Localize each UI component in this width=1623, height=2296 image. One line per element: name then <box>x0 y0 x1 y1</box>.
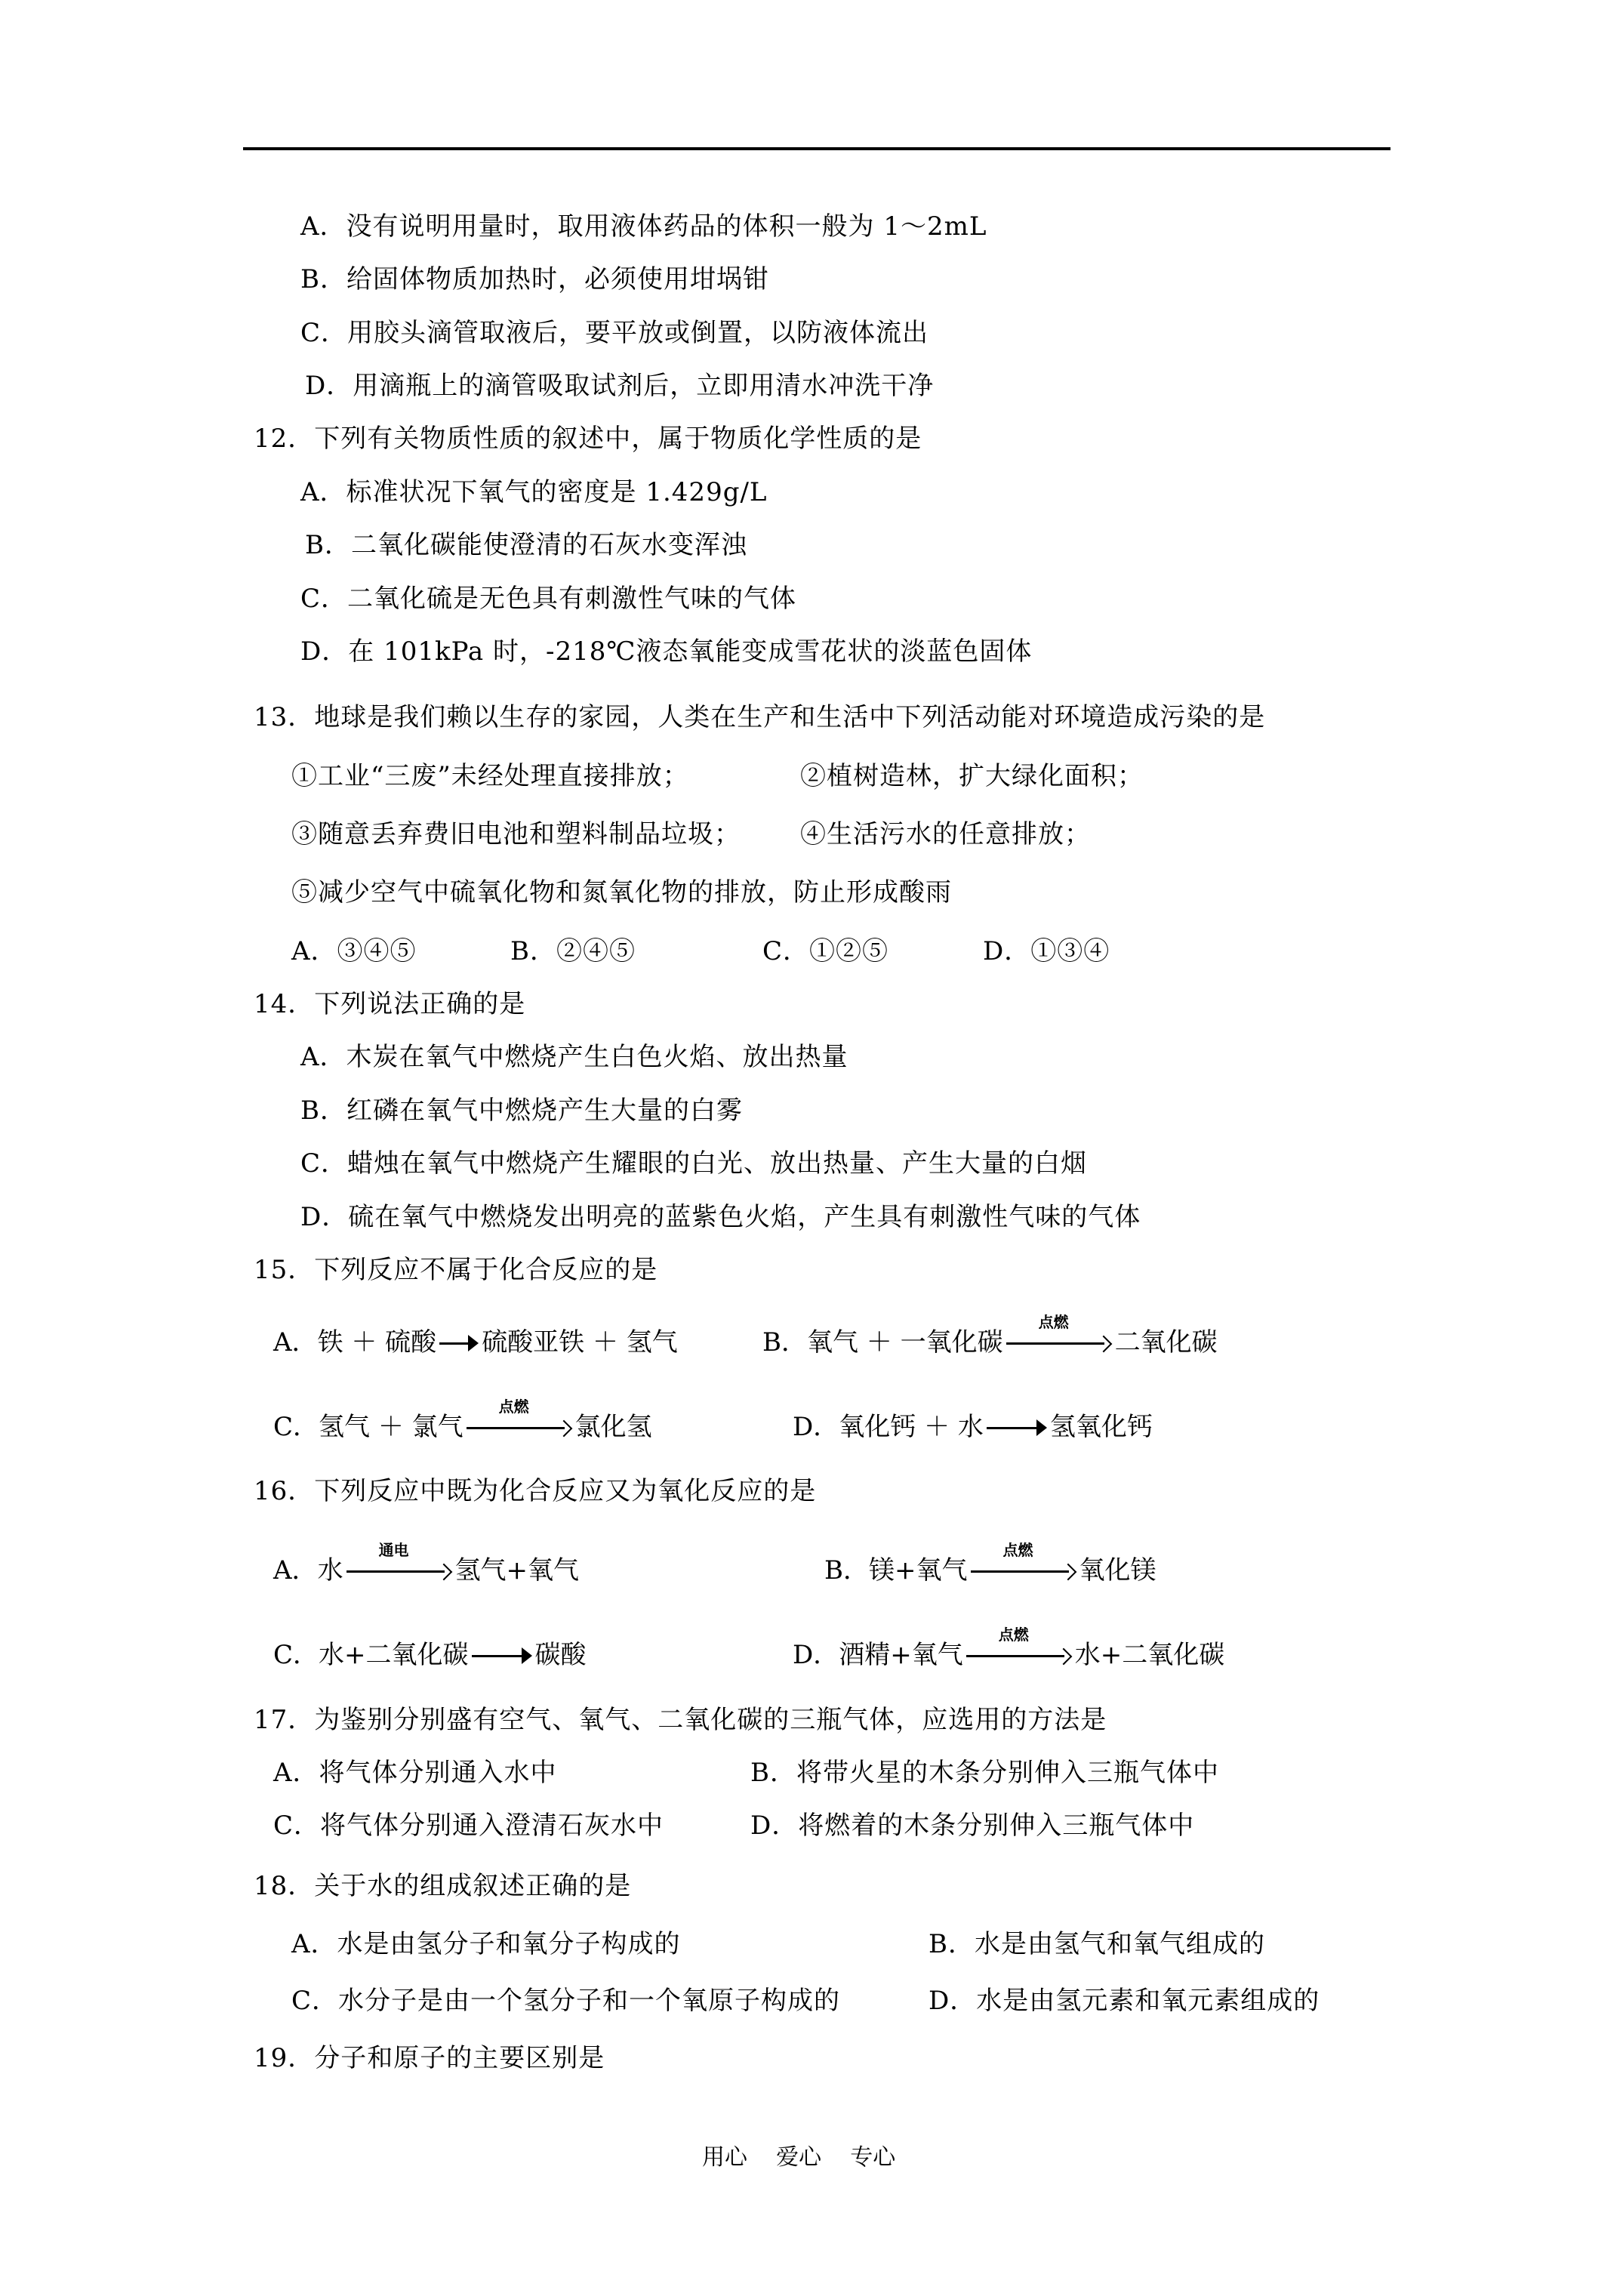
products: 二氧化碳 <box>1115 1327 1218 1358</box>
q17-option-a: A．将气体分别通入水中 <box>273 1758 557 1788</box>
products: 水+二氧化碳 <box>1075 1640 1225 1670</box>
q17-option-c: C．将气体分别通入澄清石灰水中 <box>273 1811 664 1841</box>
products: 硫酸亚铁 ＋ 氢气 <box>482 1327 678 1358</box>
q13-item-5: ⑤减少空气中硫氧化物和氮氧化物的排放，防止形成酸雨 <box>291 877 952 908</box>
q17-option-d: D．将燃着的木条分别伸入三瓶气体中 <box>750 1811 1194 1841</box>
reaction-arrow-icon <box>472 1640 532 1670</box>
reactants: 酒精+氧气 <box>839 1640 963 1670</box>
reaction-arrow-icon: 通电 <box>346 1555 452 1586</box>
q13-option-c: C．①②⑤ <box>762 936 888 966</box>
products: 氯化氢 <box>575 1412 652 1442</box>
q15-option-b: B． 氧气 ＋ 一氧化碳 点燃 二氧化碳 <box>762 1327 1218 1358</box>
q16-stem: 16．下列反应中既为化合反应又为氧化反应的是 <box>254 1476 816 1506</box>
q13-item-2: ②植树造林，扩大绿化面积； <box>800 761 1144 791</box>
q12-option-a: A．标准状况下氧气的密度是 1.429g/L <box>300 477 768 507</box>
reactants: 水+二氧化碳 <box>319 1640 469 1670</box>
reaction-condition: 通电 <box>346 1542 442 1558</box>
products: 碳酸 <box>535 1640 587 1670</box>
q13-item-4: ④生活污水的任意排放； <box>800 819 1091 849</box>
q18-option-d: D．水是由氢元素和氧元素组成的 <box>929 1986 1320 2016</box>
reaction-condition: 点燃 <box>467 1398 562 1415</box>
q14-option-a: A．木炭在氧气中燃烧产生白色火焰、放出热量 <box>300 1042 848 1072</box>
reactants: 铁 ＋ 硫酸 <box>318 1327 437 1358</box>
q12-option-b: B．二氧化碳能使澄清的石灰水变浑浊 <box>305 530 747 560</box>
products: 氢氧化钙 <box>1050 1412 1153 1442</box>
q13-option-d: D．①③④ <box>983 936 1110 966</box>
reactants: 氢气 ＋ 氯气 <box>319 1412 463 1442</box>
reaction-arrow-icon <box>987 1412 1047 1442</box>
q13-option-b: B．②④⑤ <box>510 936 636 966</box>
reactants: 水 <box>318 1555 343 1586</box>
q16-option-b: B． 镁+氧气 点燃 氧化镁 <box>824 1555 1156 1586</box>
reaction-condition: 点燃 <box>1006 1314 1101 1330</box>
q11-option-c: C．用胶头滴管取液后，要平放或倒置，以防液体流出 <box>300 318 929 348</box>
q12-option-c: C．二氧化硫是无色具有刺激性气味的气体 <box>300 584 796 614</box>
reactants: 镁+氧气 <box>869 1555 968 1586</box>
products: 氢气+氧气 <box>455 1555 580 1586</box>
q14-stem: 14．下列说法正确的是 <box>254 989 525 1019</box>
page-footer: 用心 爱心 专心 <box>702 2144 895 2171</box>
q18-option-a: A．水是由氢分子和氧分子构成的 <box>291 1929 681 1959</box>
option-label: D． <box>793 1412 839 1442</box>
reaction-arrow-icon: 点燃 <box>971 1555 1076 1586</box>
q16-option-a: A． 水 通电 氢气+氧气 <box>273 1555 579 1586</box>
option-label: A． <box>273 1327 318 1358</box>
products: 氧化镁 <box>1079 1555 1156 1586</box>
q14-option-d: D．硫在氧气中燃烧发出明亮的蓝紫色火焰，产生具有刺激性气味的气体 <box>300 1202 1141 1232</box>
option-label: C． <box>273 1412 319 1442</box>
q18-option-c: C．水分子是由一个氢分子和一个氧原子构成的 <box>291 1986 840 2016</box>
q15-option-c: C． 氢气 ＋ 氯气 点燃 氯化氢 <box>273 1412 652 1442</box>
q17-stem: 17．为鉴别分别盛有空气、氧气、二氧化碳的三瓶气体，应选用的方法是 <box>254 1705 1107 1735</box>
q15-option-d: D． 氧化钙 ＋ 水 氢氧化钙 <box>793 1412 1153 1442</box>
reaction-arrow-icon: 点燃 <box>467 1412 572 1442</box>
q13-option-a: A．③④⑤ <box>291 936 417 966</box>
reactants: 氧气 ＋ 一氧化碳 <box>807 1327 1003 1358</box>
q16-option-c: C． 水+二氧化碳 碳酸 <box>273 1640 587 1670</box>
reaction-arrow-icon: 点燃 <box>966 1640 1072 1670</box>
reaction-condition: 点燃 <box>966 1626 1061 1643</box>
q16-option-d: D． 酒精+氧气 点燃 水+二氧化碳 <box>793 1640 1224 1670</box>
q14-option-b: B．红磷在氧气中燃烧产生大量的白雾 <box>300 1096 743 1126</box>
q13-item-1-text: ①工业“三废”未经处理直接排放； <box>291 761 689 791</box>
option-label: B． <box>824 1555 869 1586</box>
q11-option-d: D．用滴瓶上的滴管吸取试剂后，立即用清水冲洗干净 <box>305 371 934 401</box>
q12-option-d: D．在 101kPa 时，-218℃液态氧能变成雪花状的淡蓝色固体 <box>300 636 1032 667</box>
q19-stem: 19．分子和原子的主要区别是 <box>254 2043 605 2073</box>
q18-stem: 18．关于水的组成叙述正确的是 <box>254 1871 631 1901</box>
q15-option-a: A． 铁 ＋ 硫酸 硫酸亚铁 ＋ 氢气 <box>273 1327 678 1358</box>
q13-stem: 13．地球是我们赖以生存的家园，人类在生产和生活中下列活动能对环境造成污染的是 <box>254 702 1265 732</box>
q15-stem: 15．下列反应不属于化合反应的是 <box>254 1255 658 1285</box>
q11-option-b: B．给固体物质加热时，必须使用坩埚钳 <box>300 264 769 294</box>
header-rule <box>243 147 1390 150</box>
q13-item-3: ③随意丢弃费旧电池和塑料制品垃圾； <box>291 819 741 849</box>
option-label: C． <box>273 1640 319 1670</box>
q11-option-a: A．没有说明用量时，取用液体药品的体积一般为 1～2mL <box>300 211 987 242</box>
reaction-arrow-icon <box>439 1327 479 1358</box>
reactants: 氧化钙 ＋ 水 <box>839 1412 984 1442</box>
option-label: A． <box>273 1555 318 1586</box>
reaction-condition: 点燃 <box>971 1542 1066 1558</box>
q14-option-c: C．蜡烛在氧气中燃烧产生耀眼的白光、放出热量、产生大量的白烟 <box>300 1148 1087 1179</box>
q12-stem: 12．下列有关物质性质的叙述中，属于物质化学性质的是 <box>254 424 922 454</box>
q17-option-b: B．将带火星的木条分别伸入三瓶气体中 <box>750 1758 1219 1788</box>
option-label: D． <box>793 1640 839 1670</box>
option-label: B． <box>762 1327 807 1358</box>
reaction-arrow-icon: 点燃 <box>1006 1327 1112 1358</box>
q18-option-b: B．水是由氢气和氧气组成的 <box>929 1929 1265 1959</box>
